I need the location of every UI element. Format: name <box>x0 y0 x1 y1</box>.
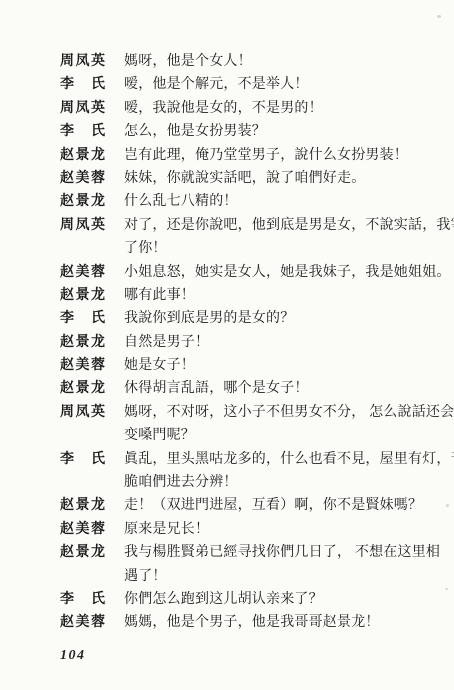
dialogue-line: 脆咱們进去分辨！ <box>124 471 454 494</box>
dialogue-lines: 对了，还是你說吧，他到底是男是女，不說实話，我宰了你！ <box>124 214 454 261</box>
dialogue-entry: 李 氏你們怎么跑到这儿胡认亲来了？ <box>60 588 454 611</box>
speaker-name: 赵美蓉 <box>60 354 110 377</box>
dialogue-line: 眞乱，里头黑咕龙多的，什么也看不見，屋里有灯，干 <box>124 448 454 471</box>
dialogue-line: 遇了！ <box>124 565 440 588</box>
dialogue-lines: 小姐息怒，她实是女人，她是我妹子，我是她姐姐。 <box>124 261 451 284</box>
dialogue-line: 怎么，他是女扮男装？ <box>124 120 266 143</box>
dialogue-lines: 我与楊胜賢弟已經寻找你們几日了， 不想在这里相遇了！ <box>124 541 440 588</box>
dialogue-line: 她是女子！ <box>124 354 195 377</box>
dialogue-line: 休得胡言乱語，哪个是女子！ <box>124 377 309 400</box>
dialogue-line: 原来是兄长！ <box>124 518 209 541</box>
book-page: 周凤英媽呀，他是个女人！李 氏嗳，他是个解元，不是举人！周凤英嗳，我說他是女的，… <box>0 0 454 690</box>
speaker-name: 赵景龙 <box>60 284 110 307</box>
speaker-name: 赵美蓉 <box>60 518 110 541</box>
dialogue-lines: 嗳，我說他是女的，不是男的！ <box>124 97 323 120</box>
speaker-name: 周凤英 <box>60 214 110 237</box>
dialogue-lines: 你們怎么跑到这儿胡认亲来了？ <box>124 588 323 611</box>
dialogue-entry: 赵景龙休得胡言乱語，哪个是女子！ <box>60 377 454 400</box>
dialogue-line: 岂有此理，俺乃堂堂男子，說什么女扮男装！ <box>124 144 408 167</box>
dialogue-line: 你們怎么跑到这儿胡认亲来了？ <box>124 588 323 611</box>
dialogue-line: 嗳，他是个解元，不是举人！ <box>124 73 309 96</box>
dialogue-lines: 什么乱七八精的！ <box>124 190 238 213</box>
dialogue-line: 自然是男子！ <box>124 331 209 354</box>
dialogue-entry: 赵美蓉妹妹，你就說实話吧，說了咱們好走。 <box>60 167 454 190</box>
dialogue-entry: 赵美蓉原来是兄长！ <box>60 518 454 541</box>
dialogue-entry: 李 氏我說你到底是男的是女的？ <box>60 307 454 330</box>
dialogue-entry: 赵美蓉她是女子！ <box>60 354 454 377</box>
dialogue-lines: 她是女子！ <box>124 354 195 377</box>
speaker-name: 李 氏 <box>60 120 110 143</box>
dialogue-lines: 休得胡言乱語，哪个是女子！ <box>124 377 309 400</box>
dialogue-entry: 李 氏嗳，他是个解元，不是举人！ <box>60 73 454 96</box>
dialogue-entry: 赵景龙哪有此事！ <box>60 284 454 307</box>
speaker-name: 赵美蓉 <box>60 261 110 284</box>
speaker-name: 赵景龙 <box>60 331 110 354</box>
dialogue-line: 妹妹，你就說实話吧，說了咱們好走。 <box>124 167 365 190</box>
dialogue-line: 对了，还是你說吧，他到底是男是女，不說实話，我宰 <box>124 214 454 237</box>
dialogue-line: 哪有此事！ <box>124 284 195 307</box>
dialogue-line: 变嗓門呢？ <box>124 424 454 447</box>
speaker-name: 周凤英 <box>60 401 110 424</box>
dialogue-lines: 自然是男子！ <box>124 331 209 354</box>
speaker-name: 李 氏 <box>60 307 110 330</box>
dialogue-entry: 周凤英嗳，我說他是女的，不是男的！ <box>60 97 454 120</box>
dialogue-lines: 我說你到底是男的是女的？ <box>124 307 294 330</box>
speaker-name: 赵景龙 <box>60 541 110 564</box>
dialogue-lines: 妹妹，你就說实話吧，說了咱們好走。 <box>124 167 365 190</box>
dialogue-line: 媽呀，不对呀，这小子不但男女不分， 怎么說話还会 <box>124 401 454 424</box>
speaker-name: 赵景龙 <box>60 190 110 213</box>
speaker-name: 赵美蓉 <box>60 611 110 634</box>
scan-speck <box>437 15 441 18</box>
dialogue-entry: 赵景龙岂有此理，俺乃堂堂男子，說什么女扮男装！ <box>60 144 454 167</box>
dialogue-line: 了你！ <box>124 237 454 260</box>
dialogue-list: 周凤英媽呀，他是个女人！李 氏嗳，他是个解元，不是举人！周凤英嗳，我說他是女的，… <box>60 50 454 635</box>
dialogue-line: 我与楊胜賢弟已經寻找你們几日了， 不想在这里相 <box>124 541 440 564</box>
dialogue-line: 嗳，我說他是女的，不是男的！ <box>124 97 323 120</box>
dialogue-lines: 媽媽，他是个男子，他是我哥哥赵景龙！ <box>124 611 380 634</box>
dialogue-lines: 怎么，他是女扮男装？ <box>124 120 266 143</box>
dialogue-line: 小姐息怒，她实是女人，她是我妹子，我是她姐姐。 <box>124 261 451 284</box>
dialogue-lines: 哪有此事！ <box>124 284 195 307</box>
dialogue-entry: 赵美蓉媽媽，他是个男子，他是我哥哥赵景龙！ <box>60 611 454 634</box>
speaker-name: 赵景龙 <box>60 144 110 167</box>
speaker-name: 李 氏 <box>60 588 110 611</box>
page-number: 104 <box>60 648 454 664</box>
dialogue-entry: 赵景龙我与楊胜賢弟已經寻找你們几日了， 不想在这里相遇了！ <box>60 541 454 588</box>
dialogue-entry: 李 氏怎么，他是女扮男装？ <box>60 120 454 143</box>
dialogue-lines: 媽呀，他是个女人！ <box>124 50 252 73</box>
dialogue-entry: 周凤英对了，还是你說吧，他到底是男是女，不說实話，我宰了你！ <box>60 214 454 261</box>
speaker-name: 李 氏 <box>60 73 110 96</box>
page-text: 周凤英媽呀，他是个女人！李 氏嗳，他是个解元，不是举人！周凤英嗳，我說他是女的，… <box>60 50 454 664</box>
dialogue-line: 媽呀，他是个女人！ <box>124 50 252 73</box>
dialogue-line: 什么乱七八精的！ <box>124 190 238 213</box>
dialogue-lines: 嗳，他是个解元，不是举人！ <box>124 73 309 96</box>
speaker-name: 周凤英 <box>60 97 110 120</box>
speaker-name: 赵景龙 <box>60 377 110 400</box>
dialogue-line: 我說你到底是男的是女的？ <box>124 307 294 330</box>
dialogue-lines: 走！（双进門进屋，互看）啊，你不是賢妹嗎？ <box>124 494 422 517</box>
dialogue-entry: 赵景龙什么乱七八精的！ <box>60 190 454 213</box>
speaker-name: 赵美蓉 <box>60 167 110 190</box>
dialogue-lines: 媽呀，不对呀，这小子不但男女不分， 怎么說話还会变嗓門呢？ <box>124 401 454 448</box>
speaker-name: 周凤英 <box>60 50 110 73</box>
dialogue-lines: 岂有此理，俺乃堂堂男子，說什么女扮男装！ <box>124 144 408 167</box>
dialogue-lines: 眞乱，里头黑咕龙多的，什么也看不見，屋里有灯，干脆咱們进去分辨！ <box>124 448 454 495</box>
dialogue-entry: 李 氏眞乱，里头黑咕龙多的，什么也看不見，屋里有灯，干脆咱們进去分辨！ <box>60 448 454 495</box>
dialogue-line: 媽媽，他是个男子，他是我哥哥赵景龙！ <box>124 611 380 634</box>
dialogue-entry: 赵美蓉小姐息怒，她实是女人，她是我妹子，我是她姐姐。 <box>60 261 454 284</box>
dialogue-entry: 周凤英媽呀，不对呀，这小子不但男女不分， 怎么說話还会变嗓門呢？ <box>60 401 454 448</box>
dialogue-lines: 原来是兄长！ <box>124 518 209 541</box>
dialogue-entry: 周凤英媽呀，他是个女人！ <box>60 50 454 73</box>
dialogue-entry: 赵景龙走！（双进門进屋，互看）啊，你不是賢妹嗎？ <box>60 494 454 517</box>
dialogue-entry: 赵景龙自然是男子！ <box>60 331 454 354</box>
speaker-name: 赵景龙 <box>60 494 110 517</box>
speaker-name: 李 氏 <box>60 448 110 471</box>
dialogue-line: 走！（双进門进屋，互看）啊，你不是賢妹嗎？ <box>124 494 422 517</box>
